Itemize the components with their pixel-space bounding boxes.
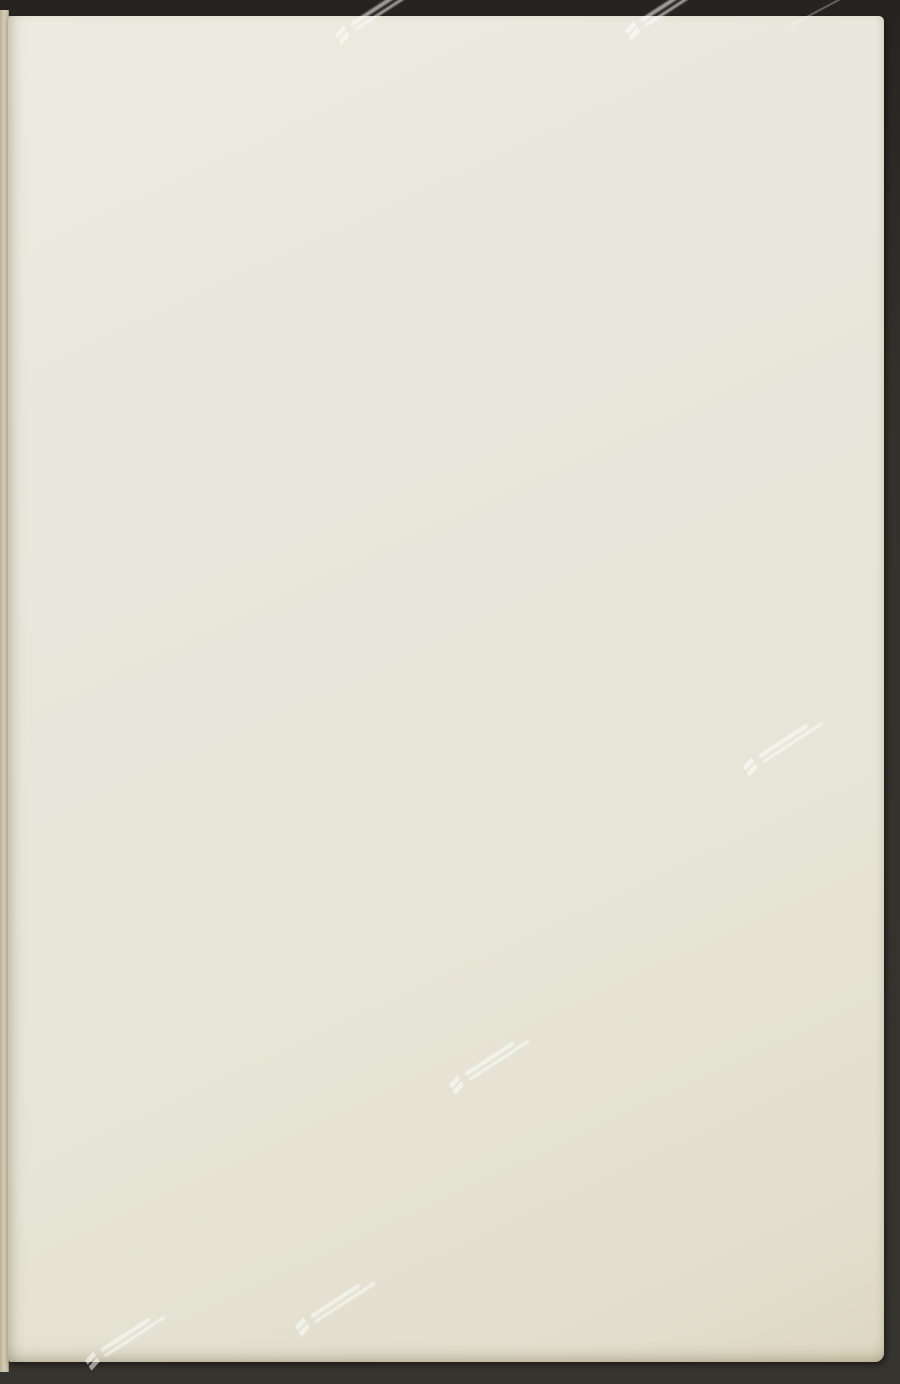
document-page bbox=[8, 16, 884, 1362]
scanned-document: 6 2. 3. Министерству бытового обслуживан… bbox=[0, 0, 900, 1384]
